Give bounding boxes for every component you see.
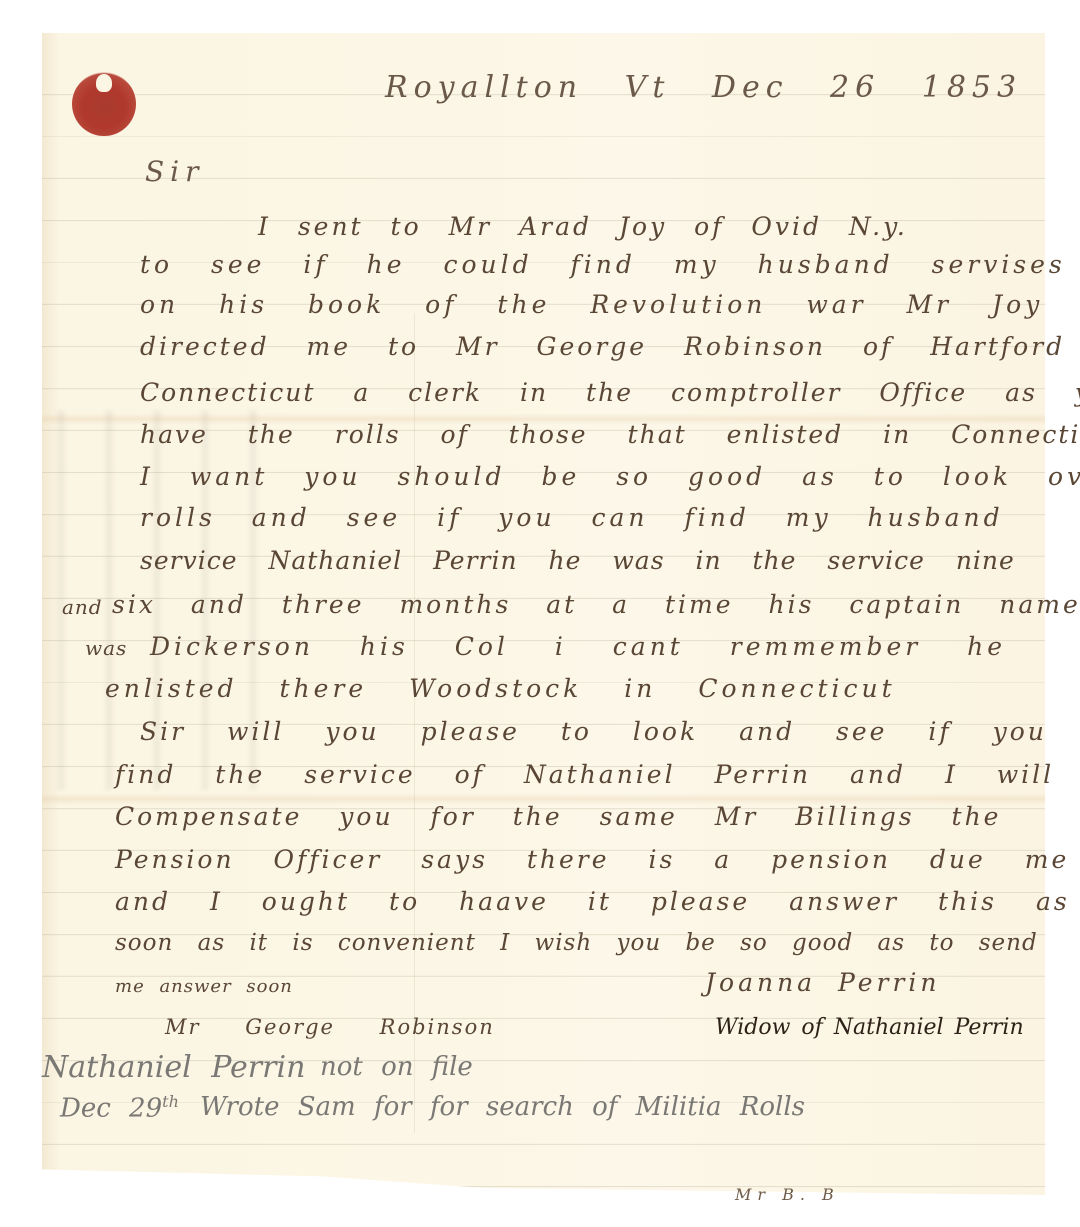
body-line: six and three months at a time his capta… [112,590,1080,619]
addressee: Mr George Robinson [165,1015,495,1039]
pencil-note-text: Wrote Sam for for search of Militia Roll… [200,1092,805,1122]
body-line: directed me to Mr George Robinson of Har… [140,332,1065,361]
body-line: service Nathaniel Perrin he was in the s… [140,546,1015,575]
body-line: have the rolls of those that enlisted in… [140,420,1080,449]
margin-insertion: was [85,636,127,660]
body-line: soon as it is convenient I wish you be s… [115,930,1038,956]
salutation: Sir [145,155,205,188]
pencil-note-status: not on file [320,1052,473,1082]
place-date-heading: Royallton Vt Dec 26 1853 [385,70,1022,105]
body-line: I sent to Mr Arad Joy of Ovid N.y. [258,212,908,241]
pencil-note-name: Nathaniel Perrin [42,1050,305,1085]
pencil-note-date-suffix: th [162,1092,179,1111]
signature-name: Joanna Perrin [705,968,941,997]
body-line: me answer soon [115,976,293,997]
pencil-note-date: Dec 29th [60,1092,179,1124]
body-line: rolls and see if you can find my husband [140,503,1004,532]
body-line: find the service of Nathaniel Perrin and… [115,760,1054,789]
body-line: on his book of the Revolution war Mr Joy [140,290,1043,319]
body-line: to see if he could find my husband servi… [140,250,1066,279]
body-line: Connecticut a clerk in the comptroller O… [140,378,1080,407]
body-line: I want you should be so good as to look … [140,462,1080,491]
red-wax-seal-icon [72,72,136,136]
body-line: Pension Officer says there is a pension … [115,845,1069,874]
body-line: enlisted there Woodstock in Connecticut [105,674,896,703]
body-line: Compensate you for the same Mr Billings … [115,802,1001,831]
cut-off-text-fragment: Mr B. B [735,1185,840,1204]
margin-insertion: and [62,595,103,619]
signature-title: Widow of Nathaniel Perrin [715,1015,1024,1040]
body-line: and I ought to haave it please answer th… [115,887,1070,916]
pencil-note-date-text: Dec 29 [60,1094,162,1124]
body-line: Dickerson his Col i cant remmember he [150,632,1006,661]
body-line: Sir will you please to look and see if y… [140,717,1080,746]
